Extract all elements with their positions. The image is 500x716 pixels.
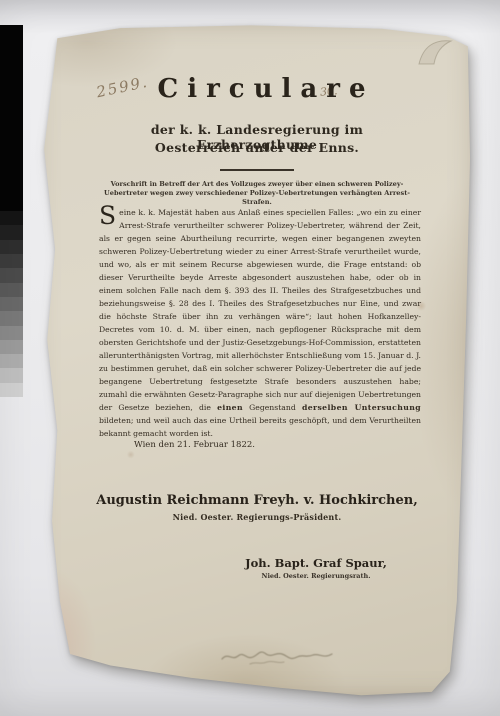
body-segment: Gegenstand xyxy=(243,403,302,412)
body-segment: bildeten; und weil auch das eine Urtheil… xyxy=(99,416,421,438)
signature-secondary-title: Nied. Oester. Regierungsrath. xyxy=(226,572,406,580)
calibration-band xyxy=(0,268,23,282)
calibration-band xyxy=(0,211,23,225)
document-subtitle-line2: Oesterreich unter der Enns. xyxy=(92,140,422,155)
calibration-band xyxy=(0,340,23,354)
divider-rule xyxy=(220,169,294,171)
calibration-band xyxy=(0,297,23,311)
printed-area: Circulare der k. k. Landesregierung im E… xyxy=(92,22,422,698)
calibration-band xyxy=(0,25,23,211)
document-title: Circulare xyxy=(92,74,431,104)
signature-primary-title: Nied. Oester. Regierungs-Präsident. xyxy=(92,512,422,522)
body-segment: einen xyxy=(217,403,243,412)
calibration-band xyxy=(0,326,23,340)
calibration-band xyxy=(0,283,23,297)
signature-secondary: Joh. Bapt. Graf Spaur, Nied. Oester. Reg… xyxy=(226,556,406,580)
dateline: Wien den 21. Februar 1822. xyxy=(134,440,255,450)
drop-cap-initial: S xyxy=(99,205,116,226)
document-paper-wrap: 2599. 30. Circulare der k. k. Landesregi… xyxy=(34,22,474,698)
calibration-strip xyxy=(0,25,23,397)
summary-text: Vorschrift in Betreff der Art des Vollzu… xyxy=(102,180,412,206)
photo-stage: 2599. 30. Circulare der k. k. Landesregi… xyxy=(0,0,500,716)
signature-secondary-name: Joh. Bapt. Graf Spaur, xyxy=(226,556,406,570)
calibration-band xyxy=(0,254,23,268)
calibration-band xyxy=(0,311,23,325)
calibration-band xyxy=(0,240,23,254)
document-paper: 2599. 30. Circulare der k. k. Landesregi… xyxy=(34,22,474,698)
corner-fold-mark xyxy=(416,34,456,68)
calibration-band xyxy=(0,383,23,397)
calibration-band xyxy=(0,225,23,239)
body-text: Seine k. k. Majestät haben aus Anlaß ein… xyxy=(99,206,421,440)
calibration-band xyxy=(0,368,23,382)
body-flow: eine k. k. Majestät haben aus Anlaß eine… xyxy=(99,208,421,438)
calibration-band xyxy=(0,354,23,368)
body-segment: eine k. k. Majestät haben aus Anlaß eine… xyxy=(99,208,421,412)
signature-primary-name: Augustin Reichmann Freyh. v. Hochkirchen… xyxy=(92,493,422,508)
handwritten-inscription xyxy=(220,644,340,670)
body-segment: derselben Untersuchung xyxy=(302,403,421,412)
